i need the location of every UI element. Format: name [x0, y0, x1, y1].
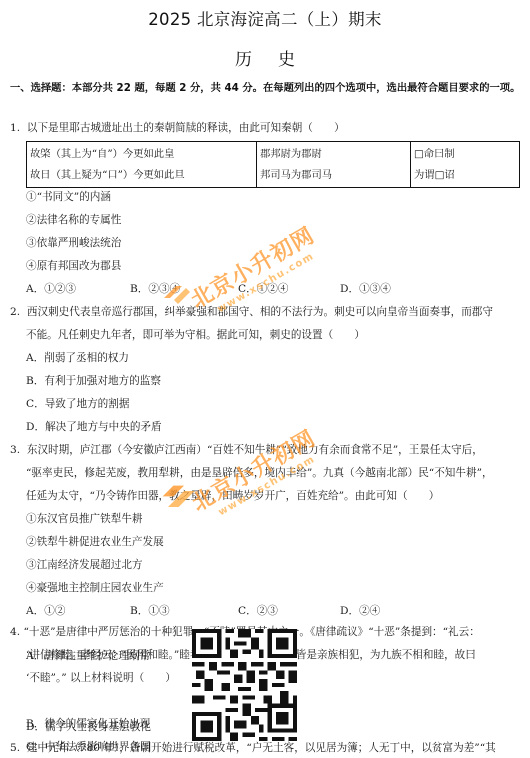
option-c[interactable]: C．②③	[238, 604, 278, 618]
option-b[interactable]: B．①③	[130, 604, 170, 618]
question-3-stem-line-2: “驱率吏民，修起芜废，教用犁耕，由是垦辟倍多，境内丰给”。九真（今越南北部）民“…	[26, 466, 493, 480]
option-a[interactable]: A．①②	[26, 604, 65, 618]
question-number: 5.	[10, 742, 20, 754]
exam-page: 2025 北京海淀高二（上）期末 历史 一、选择题：本部分共 22 题，每题 2…	[0, 0, 530, 758]
option-a[interactable]: A．削弱了丞相的权力	[26, 351, 129, 365]
statement-4: ④豪强地主控制庄园农业生产	[26, 581, 164, 595]
statement-2: ②铁犁牛耕促进农业生产发展	[26, 535, 164, 549]
question-number: 3.	[10, 444, 20, 456]
question-2-stem-line-2: 不能。凡任刺史九年者，即可举为守相。据此可知，刺史的设置（ ）	[26, 328, 365, 342]
option-d[interactable]: D．②④	[340, 604, 380, 618]
question-text: 东汉时期，庐江郡（今安徽庐江西南）“百姓不知牛耕”“致地力有余而食常不足”，王景…	[27, 444, 483, 456]
question-4-stem-line-3: ‘不睦”。” 以上材料说明（ ）	[26, 671, 176, 685]
statement-3: ③江南经济发展超过北方	[26, 558, 143, 572]
statement-1: ①东汉官员推广铁犁牛耕	[26, 512, 143, 526]
question-text: 以下是里耶古城遗址出土的秦朝简牍的释读，由此可知秦朝（ ）	[27, 122, 345, 134]
qr-code-image	[192, 629, 297, 741]
option-c[interactable]: C．①②④	[238, 282, 288, 296]
subject-char-2: 史	[278, 45, 295, 70]
section-heading: 一、选择题：本部分共 22 题，每题 2 分，共 44 分。在每题列出的四个选项…	[10, 76, 522, 100]
question-3-stem-line-3: 任延为太守，“乃令铸作田器，教之垦辟，田畴岁岁开广，百姓充给”。由此可知（ ）	[26, 489, 439, 503]
option-a[interactable]: A．唐律注重维护伦理纲常	[26, 649, 150, 663]
watermark-text: 北京小升初网	[185, 219, 320, 315]
table-cell: □命曰制 为谓□诏	[411, 142, 520, 188]
question-text: 西汉刺史代表皇帝巡行郡国，纠举豪强和郡国守、相的不法行为。刺史可以向皇帝当面奏事…	[27, 306, 493, 318]
question-5-stem-line-1: 5. 建中元年（780 年），唐朝开始进行赋税改革，“户无土客，以见居为簿；人无…	[10, 741, 496, 755]
question-number: 2.	[10, 306, 20, 318]
option-d[interactable]: D．儒学人士投身基层教化	[26, 720, 151, 734]
cell-line: 为谓□诏	[414, 165, 516, 186]
cell-line: 故日（其上疑为“口”）今更如此旦	[30, 165, 253, 186]
question-number: 1.	[10, 122, 20, 134]
statement-4: ④原有邦国改为郡县	[26, 259, 121, 273]
statement-1: ①“书同文”的内涵	[26, 190, 111, 204]
exam-title: 2025 北京海淀高二（上）期末	[0, 6, 530, 30]
cell-line: 郡邦尉为郡尉	[260, 144, 407, 165]
qin-slips-table: 故棨（其上为“自”）今更如此皇 故日（其上疑为“口”）今更如此旦 郡邦尉为郡尉 …	[26, 141, 520, 188]
subject-char-1: 历	[235, 45, 252, 70]
question-1-stem: 1. 以下是里耶古城遗址出土的秦朝简牍的释读，由此可知秦朝（ ）	[10, 121, 345, 135]
watermark-url: www.xschu.com	[217, 449, 326, 519]
cell-line: □命曰制	[414, 144, 516, 165]
table-cell: 郡邦尉为郡尉 邦司马为郡司马	[257, 142, 411, 188]
cell-line: 邦司马为郡司马	[260, 165, 407, 186]
option-d[interactable]: D．①③④	[340, 282, 391, 296]
statement-2: ②法律名称的专属性	[26, 213, 121, 227]
option-d[interactable]: D．解决了地方与中央的矛盾	[26, 420, 162, 434]
question-number: 4.	[10, 626, 20, 638]
cell-line: 故棨（其上为“自”）今更如此皇	[30, 144, 253, 165]
option-b[interactable]: B．②③④	[130, 282, 180, 296]
statement-3: ③依靠严刑峻法统治	[26, 236, 121, 250]
question-text: 建中元年（780 年），唐朝开始进行赋税改革，“户无土客，以见居为簿；人无丁中，…	[20, 742, 496, 754]
table-cell: 故棨（其上为“自”）今更如此皇 故日（其上疑为“口”）今更如此旦	[27, 142, 257, 188]
option-c[interactable]: C．导致了地方的割据	[26, 397, 129, 411]
subject-title: 历史	[0, 45, 530, 70]
option-a[interactable]: A．①②③	[26, 282, 76, 296]
question-2-stem-line-1: 2. 西汉刺史代表皇帝巡行郡国，纠举豪强和郡国守、相的不法行为。刺史可以向皇帝当…	[10, 305, 493, 319]
option-b[interactable]: B．有利于加强对地方的监察	[26, 374, 161, 388]
question-3-stem-line-1: 3. 东汉时期，庐江郡（今安徽庐江西南）“百姓不知牛耕”“致地力有余而食常不足”…	[10, 443, 483, 457]
